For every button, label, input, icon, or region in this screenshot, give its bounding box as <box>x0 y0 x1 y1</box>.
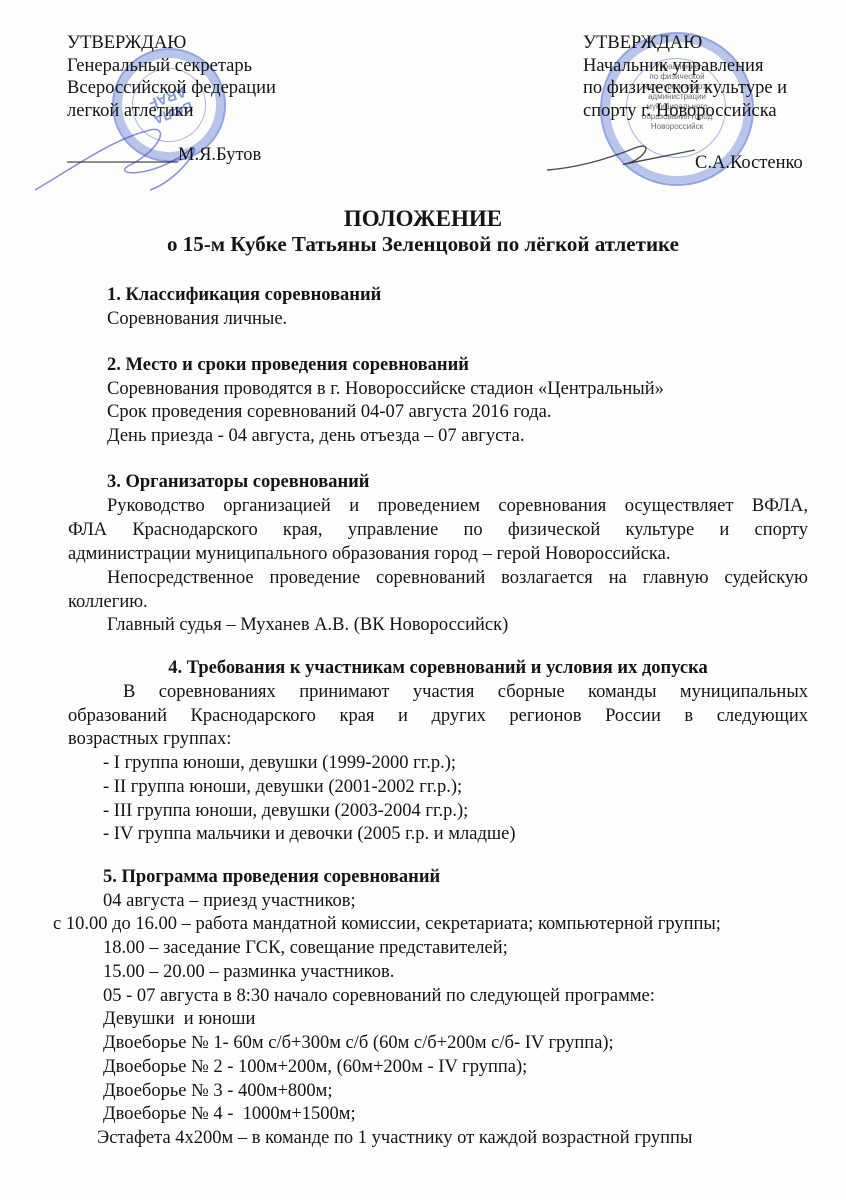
right-signer-name: С.А.Костенко <box>695 152 803 174</box>
right-approval-line: спорту г. Новороссийска <box>583 100 787 123</box>
right-approval-line: Начальник управления <box>583 55 787 78</box>
left-approval-block: УТВЕРЖДАЮ Генеральный секретарь Всеросси… <box>67 32 276 167</box>
section-5-heading: 5. Программа проведения соревнований <box>103 866 440 888</box>
section-2-heading: 2. Место и сроки проведения соревнований <box>107 354 469 376</box>
age-group-item: - IV группа мальчики и девочки (2005 г.р… <box>103 823 515 845</box>
section-2-line: Соревнования проводятся в г. Новороссийс… <box>107 378 664 400</box>
program-event: Эстафета 4х200м – в команде по 1 участни… <box>97 1127 692 1149</box>
section-1-text: Соревнования личные. <box>107 308 287 330</box>
section-2-line: Срок проведения соревнований 04-07 авгус… <box>107 401 552 423</box>
section-1-heading: 1. Классификация соревнований <box>107 284 381 306</box>
right-approval-heading: УТВЕРЖДАЮ <box>583 32 787 55</box>
section-2-line: День приезда - 04 августа, день отъезда … <box>107 425 524 447</box>
section-4-paragraph-line: образований Краснодарского края и других… <box>68 705 808 727</box>
program-line: 04 августа – приезд участников; <box>103 890 356 912</box>
section-3-paragraph-line: коллегию. <box>68 591 148 613</box>
program-line: с 10.00 до 16.00 – работа мандатной коми… <box>53 913 721 935</box>
document-subtitle: о 15-м Кубке Татьяны Зеленцовой по лёгко… <box>0 231 846 257</box>
section-3-paragraph-line: Непосредственное проведение соревнований… <box>107 567 808 589</box>
program-event: Двоеборье № 2 - 100м+200м, (60м+200м - I… <box>103 1056 527 1078</box>
left-signer-name: М.Я.Бутов <box>178 145 261 165</box>
age-group-item: - II группа юноши, девушки (2001-2002 гг… <box>103 776 462 798</box>
section-4-paragraph-line: возрастных группах: <box>68 728 231 750</box>
program-event: Двоеборье № 3 - 400м+800м; <box>103 1080 333 1102</box>
left-approval-heading: УТВЕРЖДАЮ <box>67 32 276 55</box>
program-line: 15.00 – 20.00 – разминка участников. <box>103 961 394 983</box>
program-event: Двоеборье № 1- 60м с/б+300м с/б (60м с/б… <box>103 1032 614 1054</box>
section-4-paragraph-line: В соревнованиях принимают участия сборны… <box>123 681 808 703</box>
program-line: 18.00 – заседание ГСК, совещание предста… <box>103 937 508 959</box>
left-signature-line: ____________ <box>67 145 178 165</box>
section-3-heading: 3. Организаторы соревнований <box>107 471 369 493</box>
age-group-item: - I группа юноши, девушки (1999-2000 гг.… <box>103 752 456 774</box>
left-approval-line: Всероссийской федерации <box>67 77 276 100</box>
section-4-heading: 4. Требования к участникам соревнований … <box>0 657 846 679</box>
program-line: 05 - 07 августа в 8:30 начало соревнован… <box>103 985 655 1007</box>
section-3-paragraph-line: Руководство организацией и проведением с… <box>107 495 808 517</box>
section-3-paragraph-line: ФЛА Краснодарского края, управление по ф… <box>68 519 808 541</box>
right-signature-icon <box>545 130 705 180</box>
age-group-item: - III группа юноши, девушки (2003-2004 г… <box>103 800 468 822</box>
right-approval-line: по физической культуре и <box>583 77 787 100</box>
right-approval-block: УТВЕРЖДАЮ Начальник управления по физиче… <box>583 32 787 122</box>
left-approval-line: легкой атлетики <box>67 100 276 123</box>
program-event: Двоеборье № 4 - 1000м+1500м; <box>103 1103 356 1125</box>
program-line: Девушки и юноши <box>103 1008 255 1030</box>
document-title: ПОЛОЖЕНИЕ <box>0 206 846 232</box>
section-3-paragraph-line: администрации муниципального образования… <box>68 543 670 565</box>
section-3-chief-judge: Главный судья – Муханев А.В. (ВК Новорос… <box>107 614 508 636</box>
left-approval-line: Генеральный секретарь <box>67 55 276 78</box>
